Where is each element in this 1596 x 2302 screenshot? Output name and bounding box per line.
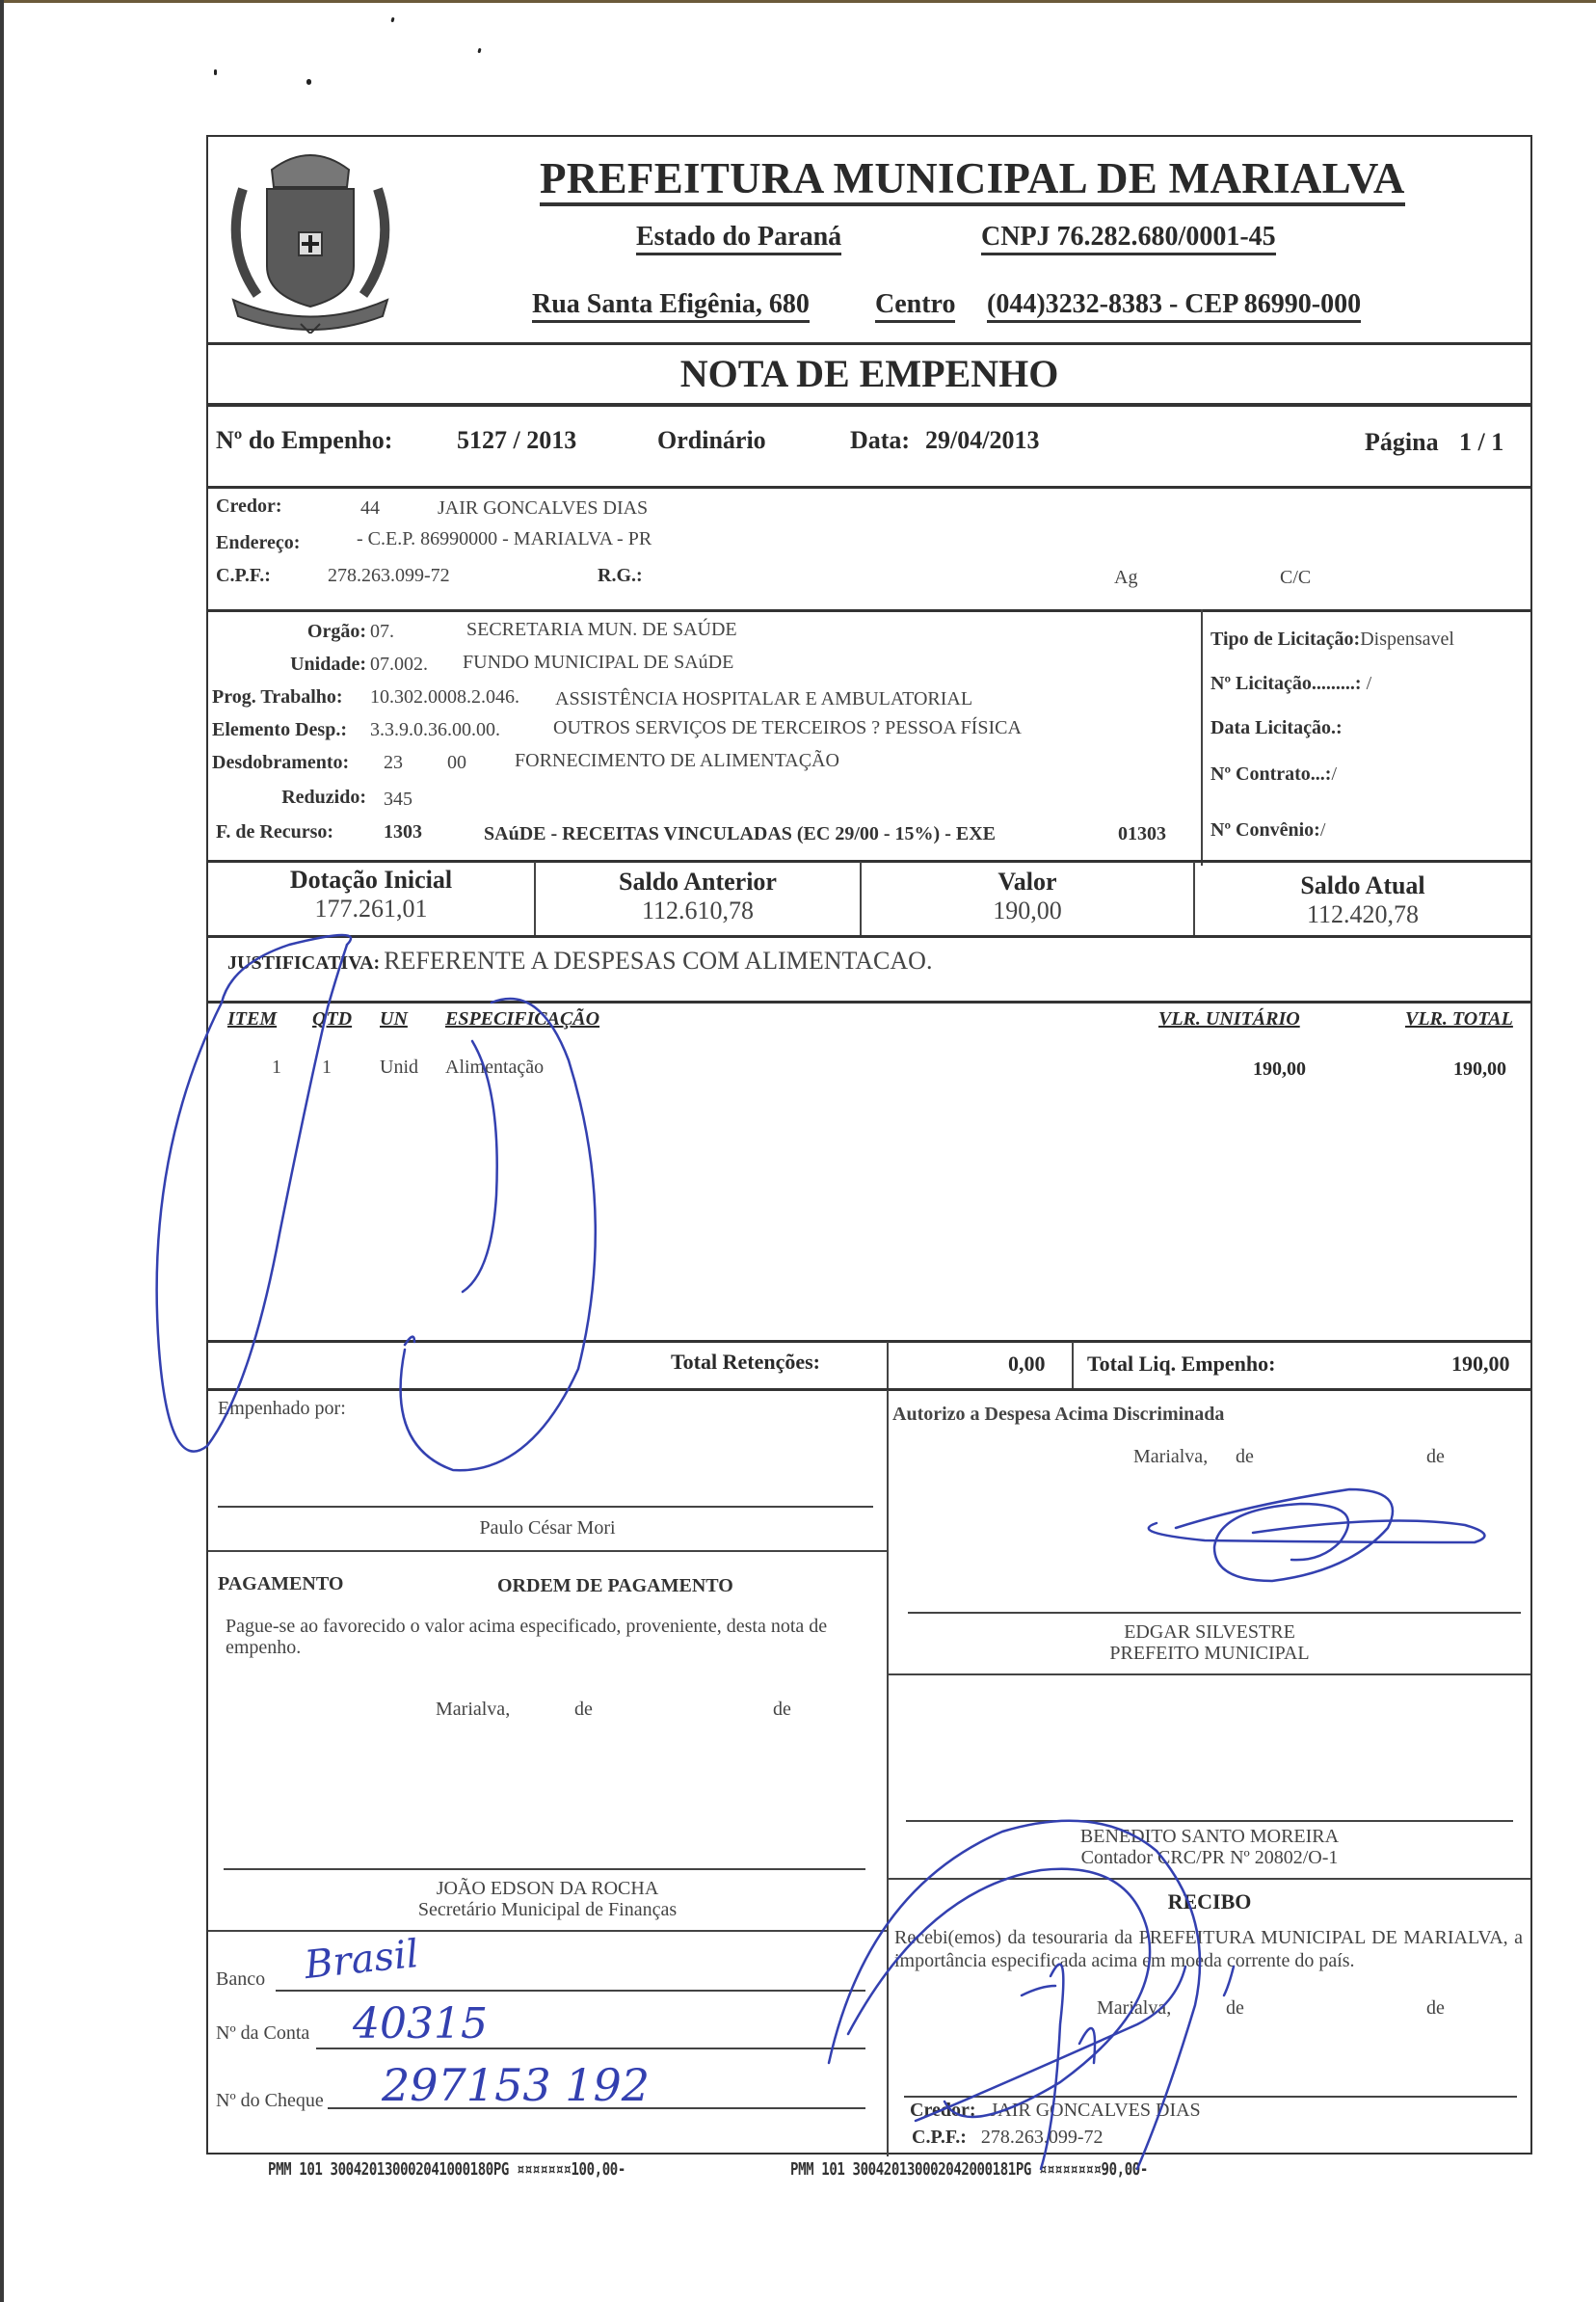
nota-de-empenho-form: PREFEITURA MUNICIPAL DE MARIALVA Estado … (206, 135, 1532, 2155)
elemento-name: OUTROS SERVIÇOS DE TERCEIROS ? PESSOA FÍ… (553, 717, 1022, 739)
scan-speck (477, 48, 481, 54)
divider (208, 403, 1530, 407)
recibo-text: Recebi(emos) da tesouraria da PREFEITURA… (894, 1926, 1523, 1972)
col-header-total-value: VLR. TOTAL (1405, 1008, 1513, 1031)
licitacao-numero: Nº Licitação.........: / (1210, 673, 1371, 695)
contrato-label: Nº Contrato...: (1210, 763, 1331, 785)
credor-name: JAIR GONCALVES DIAS (438, 497, 648, 520)
recibo-cpf-label: C.P.F.: (912, 2127, 967, 2148)
cell-un: Unid (380, 1057, 418, 1079)
recibo-credor: Credor: JAIR GONCALVES DIAS (910, 2100, 1201, 2122)
desdobramento-code: 23 (384, 752, 403, 774)
state-name: Estado do Paraná (636, 222, 841, 255)
empenho-type: Ordinário (657, 426, 766, 455)
banco-field-line (276, 1990, 865, 1992)
scan-speck (306, 79, 311, 85)
signature-line (218, 1506, 873, 1508)
divider (1072, 1342, 1074, 1388)
recibo-title: RECIBO (889, 1889, 1530, 1914)
empenhado-name: Paulo César Mori (208, 1517, 887, 1539)
unidade-name: FUNDO MUNICIPAL DE SAúDE (463, 652, 733, 674)
balance-saldo-anterior: Saldo Anterior 112.610,78 (536, 868, 860, 925)
cell-qtd: 1 (322, 1057, 332, 1079)
licitacao-tipo-value: Dispensavel (1360, 629, 1454, 650)
col-header-item: ITEM (227, 1008, 277, 1031)
document-title: NOTA DE EMPENHO (208, 351, 1530, 396)
prefeito-title: PREFEITO MUNICIPAL (889, 1643, 1530, 1664)
rg-label: R.G.: (598, 565, 643, 587)
cpf-label: C.P.F.: (216, 565, 271, 587)
ag-label: Ag (1114, 567, 1137, 589)
empenho-number: 5127 / 2013 (457, 426, 576, 455)
scan-speck (214, 69, 217, 75)
page-label: Página (1365, 428, 1439, 457)
balance-label: Saldo Atual (1195, 871, 1530, 900)
divider (889, 1673, 1530, 1675)
divider (208, 1340, 1530, 1343)
balance-label: Valor (862, 868, 1193, 897)
justificativa-label: JUSTIFICATIVA: (227, 952, 380, 974)
credor-code: 44 (360, 497, 380, 520)
divider (208, 1550, 887, 1552)
prog-trabalho-code: 10.302.0008.2.046. (370, 686, 519, 709)
cell-spec: Alimentação (445, 1057, 544, 1079)
unidade-label: Unidade: (208, 654, 366, 676)
signature-line (904, 2096, 1517, 2098)
autorizo-de-2: de (1426, 1446, 1445, 1468)
col-header-un: UN (380, 1008, 408, 1031)
empenhado-label: Empenhado por: (218, 1398, 346, 1420)
convenio-label: Nº Convênio: (1210, 819, 1320, 841)
cpf-value: 278.263.099-72 (328, 565, 450, 587)
machine-print-line-1: PMM 101 300420130002041000180PG ¤¤¤¤¤¤¤1… (268, 2159, 625, 2180)
conta-value[interactable]: 40315 (353, 1999, 488, 2048)
district: Centro (875, 289, 955, 323)
credor-label: Credor: (216, 495, 282, 518)
elemento-code: 3.3.9.0.36.00.00. (370, 719, 500, 741)
balance-label: Dotação Inicial (208, 866, 534, 895)
phone-cep: (044)3232-8383 - CEP 86990-000 (987, 289, 1361, 323)
page-number: 1 / 1 (1459, 428, 1503, 457)
balance-dotacao-inicial: Dotação Inicial 177.261,01 (208, 866, 534, 923)
licitacao-numero-label: Nº Licitação.........: (1210, 673, 1362, 694)
orgao-code: 07. (370, 621, 394, 643)
divider (889, 1878, 1530, 1880)
empenho-number-label: Nº do Empenho: (216, 426, 392, 455)
prefeito-name: EDGAR SILVESTRE (889, 1621, 1530, 1643)
balance-saldo-atual: Saldo Atual 112.420,78 (1195, 871, 1530, 929)
total-liquido-label: Total Liq. Empenho: (1087, 1352, 1275, 1377)
balance-valor: Valor 190,00 (862, 868, 1193, 925)
recurso-code: 1303 (384, 821, 422, 843)
elemento-label: Elemento Desp.: (212, 719, 347, 741)
licitacao-tipo-label: Tipo de Licitação: (1210, 629, 1360, 650)
recibo-cpf-value: 278.263.099-72 (981, 2127, 1104, 2148)
balance-value: 190,00 (862, 897, 1193, 925)
autorizo-de-1: de (1236, 1446, 1254, 1468)
balance-value: 112.420,78 (1195, 900, 1530, 929)
recibo-place: Marialva, (1097, 1997, 1171, 2020)
contrato-value: / (1331, 763, 1337, 785)
signature-line (224, 1868, 865, 1870)
machine-print-line-2: PMM 101 300420130002042000181PG ¤¤¤¤¤¤¤¤… (790, 2159, 1148, 2180)
banco-label: Banco (216, 1968, 265, 1991)
recibo-de-1: de (1226, 1997, 1244, 2020)
credor-address: - C.E.P. 86990000 - MARIALVA - PR (357, 528, 652, 550)
divider (208, 935, 1530, 938)
empenho-date-label: Data: (850, 426, 910, 455)
cc-label: C/C (1280, 567, 1311, 589)
cheque-label: Nº do Cheque (216, 2090, 324, 2112)
prog-trabalho-label: Prog. Trabalho: (212, 686, 343, 709)
pagamento-text: Pague-se ao favorecido o valor acima esp… (226, 1616, 842, 1658)
divider (887, 1390, 889, 2156)
licitacao-tipo: Tipo de Licitação:Dispensavel (1210, 629, 1454, 651)
cell-item: 1 (272, 1057, 281, 1079)
convenio-value: / (1320, 819, 1326, 841)
scan-speck (390, 17, 394, 23)
contador-signature-block: BENEDITO SANTO MOREIRA Contador CRC/PR N… (889, 1826, 1530, 1868)
contador-title: Contador CRC/PR Nº 20802/O-1 (889, 1847, 1530, 1868)
recurso-name: SAúDE - RECEITAS VINCULADAS (EC 29/00 - … (484, 823, 996, 845)
pagamento-label: PAGAMENTO (218, 1573, 343, 1595)
col-header-qtd: QTD (312, 1008, 352, 1031)
divider (208, 342, 1530, 345)
contador-name: BENEDITO SANTO MOREIRA (889, 1826, 1530, 1847)
contrato: Nº Contrato...:/ (1210, 763, 1337, 786)
cnpj: CNPJ 76.282.680/0001-45 (981, 222, 1276, 255)
secretario-signature-block: JOÃO EDSON DA ROCHA Secretário Municipal… (208, 1878, 887, 1920)
reduzido-value: 345 (384, 789, 412, 811)
autorizo-place: Marialva, (1133, 1446, 1208, 1468)
scan-edge-top (0, 0, 1596, 3)
licitacao-numero-value: / (1367, 673, 1372, 694)
recurso-label: F. de Recurso: (216, 821, 333, 843)
signature-line (908, 1612, 1521, 1614)
total-retencoes-value: 0,00 (1008, 1352, 1046, 1377)
desdobramento-subcode: 00 (447, 752, 466, 774)
scan-edge-left (0, 0, 4, 2302)
unidade-code: 07.002. (370, 654, 428, 676)
cell-total-value: 190,00 (1453, 1058, 1506, 1081)
col-header-unit-value: VLR. UNITÁRIO (1158, 1008, 1300, 1031)
municipality-title: PREFEITURA MUNICIPAL DE MARIALVA (540, 154, 1405, 206)
justificativa: JUSTIFICATIVA: REFERENTE A DESPESAS COM … (227, 947, 932, 976)
recibo-credor-name: JAIR GONCALVES DIAS (991, 2100, 1201, 2121)
col-header-spec: ESPECIFICAÇÃO (445, 1008, 599, 1031)
desdobramento-label: Desdobramento: (212, 752, 349, 774)
desdobramento-name: FORNECIMENTO DE ALIMENTAÇÃO (515, 750, 839, 772)
divider (208, 486, 1530, 489)
balance-value: 112.610,78 (536, 897, 860, 925)
orgao-name: SECRETARIA MUN. DE SAÚDE (466, 619, 737, 641)
prog-trabalho-name: ASSISTÊNCIA HOSPITALAR E AMBULATORIAL (555, 688, 972, 710)
orgao-label: Orgão: (208, 621, 366, 643)
balance-label: Saldo Anterior (536, 868, 860, 897)
pagamento-place: Marialva, (436, 1699, 510, 1721)
licitacao-data-label: Data Licitação.: (1210, 717, 1343, 738)
divider (208, 1001, 1530, 1004)
empenho-date: 29/04/2013 (925, 426, 1039, 455)
prefeito-signature-block: EDGAR SILVESTRE PREFEITO MUNICIPAL (889, 1621, 1530, 1664)
conta-label: Nº da Conta (216, 2022, 309, 2045)
pagamento-de-1: de (574, 1699, 593, 1721)
recibo-cpf: C.P.F.: 278.263.099-72 (912, 2127, 1104, 2149)
signature-line (906, 1820, 1513, 1822)
secretario-name: JOÃO EDSON DA ROCHA (208, 1878, 887, 1899)
banco-value[interactable]: Brasil (303, 1932, 421, 1988)
coat-of-arms-icon (214, 141, 407, 334)
licitacao-data: Data Licitação.: (1210, 717, 1343, 739)
justificativa-text: REFERENTE A DESPESAS COM ALIMENTACAO. (384, 947, 932, 975)
total-liquido-value: 190,00 (1451, 1352, 1510, 1377)
divider (208, 1388, 1530, 1391)
divider (208, 609, 1530, 612)
recurso-code-2: 01303 (1118, 823, 1166, 845)
cheque-value[interactable]: 297153 192 (382, 2059, 650, 2111)
street-address: Rua Santa Efigênia, 680 (532, 289, 810, 323)
divider (208, 860, 1530, 863)
ordem-pagamento-label: ORDEM DE PAGAMENTO (497, 1575, 733, 1597)
secretario-title: Secretário Municipal de Finanças (208, 1899, 887, 1920)
cell-unit-value: 190,00 (1253, 1058, 1306, 1081)
reduzido-label: Reduzido: (208, 787, 366, 809)
address-label: Endereço: (216, 532, 300, 554)
divider (887, 1342, 889, 1388)
divider (208, 1930, 887, 1932)
total-retencoes-label: Total Retenções: (671, 1350, 820, 1375)
pagamento-de-2: de (773, 1699, 791, 1721)
autorizo-label: Autorizo a Despesa Acima Discriminada (892, 1404, 1224, 1426)
convenio: Nº Convênio:/ (1210, 819, 1325, 842)
divider (1201, 609, 1203, 866)
balance-value: 177.261,01 (208, 895, 534, 923)
recibo-de-2: de (1426, 1997, 1445, 2020)
recibo-credor-label: Credor: (910, 2100, 976, 2121)
